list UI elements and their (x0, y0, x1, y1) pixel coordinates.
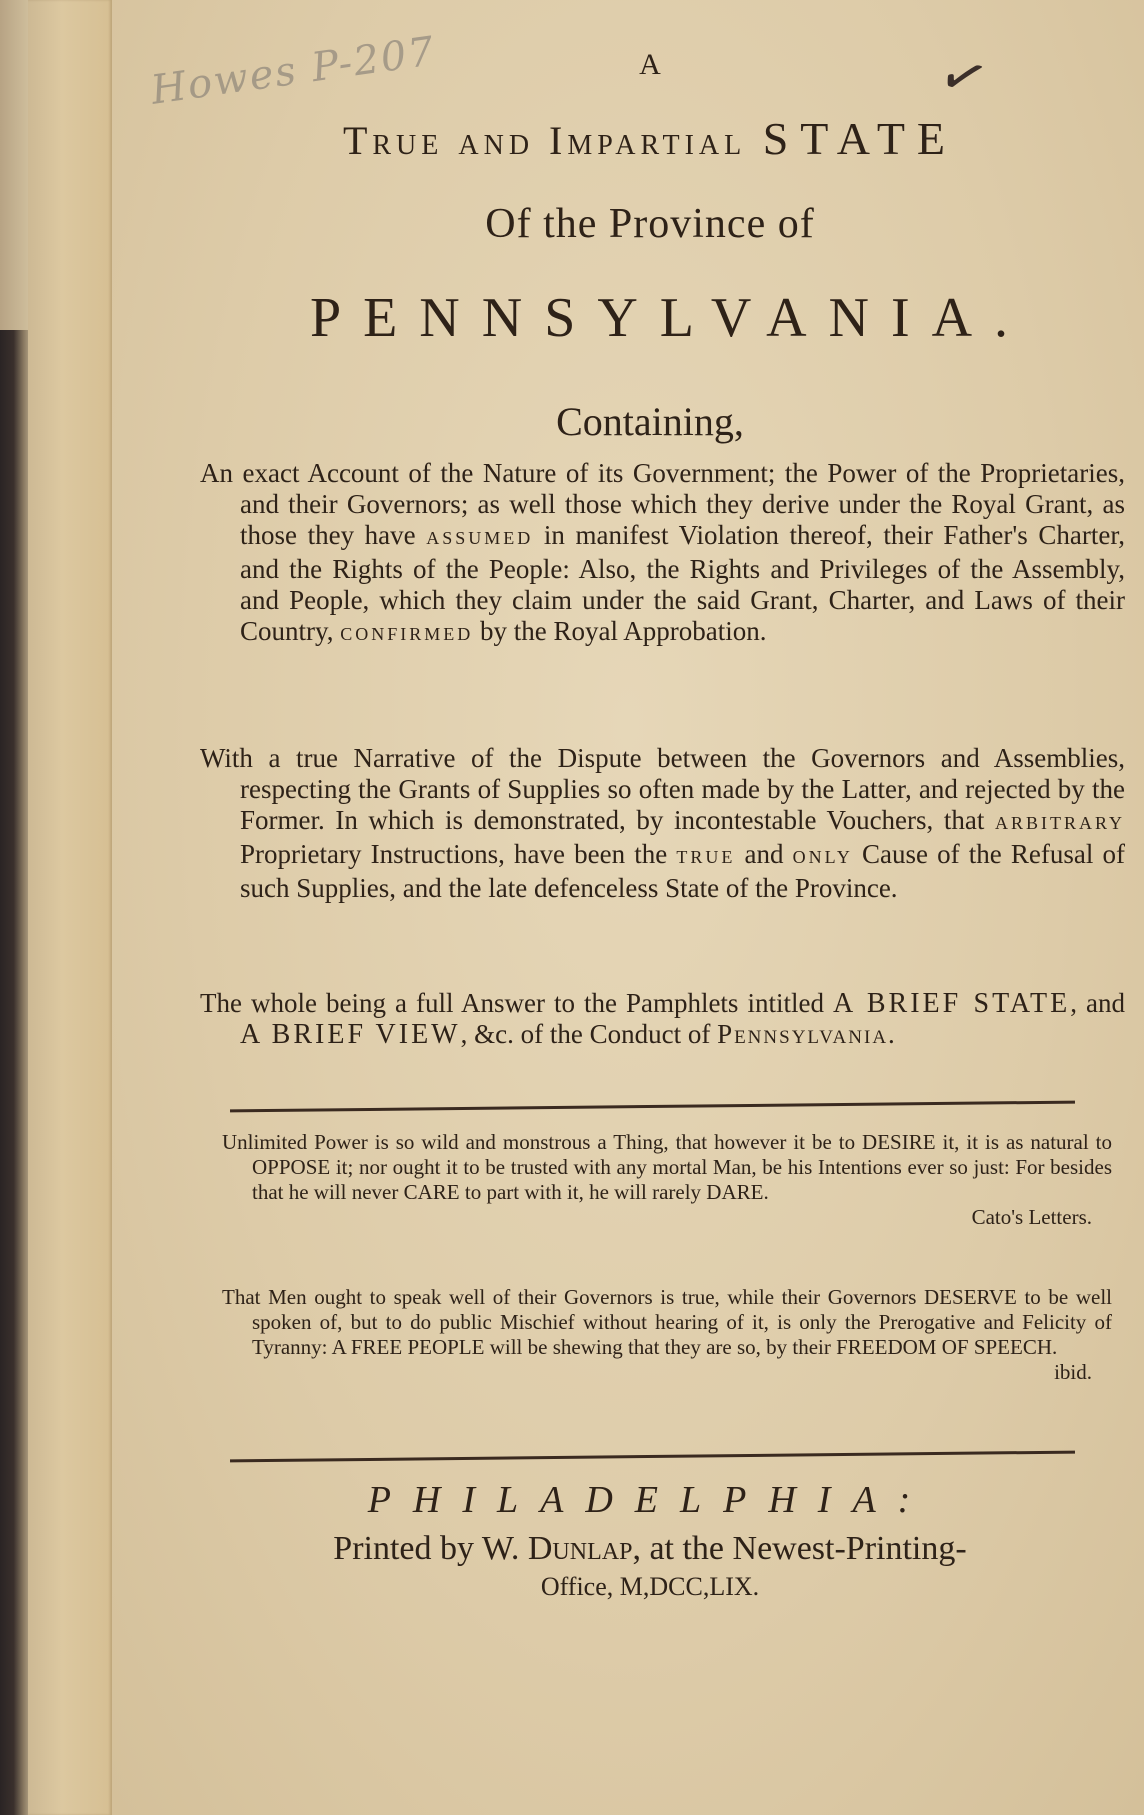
title-pennsylvania: PENNSYLVANIA. (220, 286, 1120, 350)
para3-brief-state: A BRIEF STATE (833, 988, 1070, 1019)
epigraph-1-attribution: Cato's Letters. (252, 1205, 1112, 1230)
title-line-2: Of the Province of (200, 200, 1100, 248)
para2-emphasis-arbitrary: arbitrary (995, 813, 1125, 833)
containing-heading: Containing, (200, 398, 1100, 445)
para1-text-c: by the Royal Approbation. (473, 616, 766, 646)
description-paragraph-3: The whole being a full Answer to the Pam… (200, 988, 1125, 1050)
epigraph-2-text: That Men ought to speak well of their Go… (252, 1285, 1112, 1360)
para1-emphasis-confirmed: confirmed (340, 624, 473, 644)
imprint-printer-name: Dunlap (528, 1530, 633, 1567)
epigraph-2-attribution: ibid. (252, 1360, 1112, 1385)
imprint-office: , at the Newest-Printing- (632, 1530, 966, 1567)
para3-brief-view: A BRIEF VIEW (240, 1019, 461, 1050)
para3-text-c: , &c. of the Conduct of (461, 1019, 717, 1049)
description-paragraph-1: An exact Account of the Nature of its Go… (200, 458, 1125, 650)
description-paragraph-2: With a true Narrative of the Dispute bet… (200, 743, 1125, 904)
epigraph-1: Unlimited Power is so wild and monstrous… (222, 1130, 1112, 1230)
title-article: A (200, 48, 1100, 82)
para3-text-d: . (888, 1019, 895, 1049)
title-true-impartial: True and Impartial (343, 118, 746, 163)
para3-text-a: The whole being a full Answer to the Pam… (200, 988, 833, 1018)
imprint-printed-by: Printed by W. (333, 1530, 528, 1567)
para3-text-b: , and (1070, 988, 1125, 1018)
para2-emphasis-only: only (793, 847, 853, 867)
para2-emphasis-true: true (676, 847, 735, 867)
imprint-date: Office, M,DCC,LIX. (200, 1572, 1100, 1602)
title-line-1: True and Impartial STATE (200, 112, 1100, 165)
para3-pennsylvania: Pennsylvania (717, 1019, 888, 1049)
para2-text-c: and (735, 839, 792, 869)
epigraph-1-text: Unlimited Power is so wild and monstrous… (252, 1130, 1112, 1205)
epigraph-2: That Men ought to speak well of their Go… (222, 1285, 1112, 1385)
para1-emphasis-assumed: assumed (426, 528, 533, 548)
binding-strip (28, 0, 112, 1815)
imprint-printer-line: Printed by W. Dunlap, at the Newest-Prin… (210, 1530, 1090, 1568)
imprint-city: PHILADELPHIA: (200, 1478, 1100, 1522)
title-state: STATE (763, 113, 957, 164)
para2-text-a: With a true Narrative of the Dispute bet… (200, 743, 1125, 835)
para2-text-b: Proprietary Instructions, have been the (240, 839, 676, 869)
